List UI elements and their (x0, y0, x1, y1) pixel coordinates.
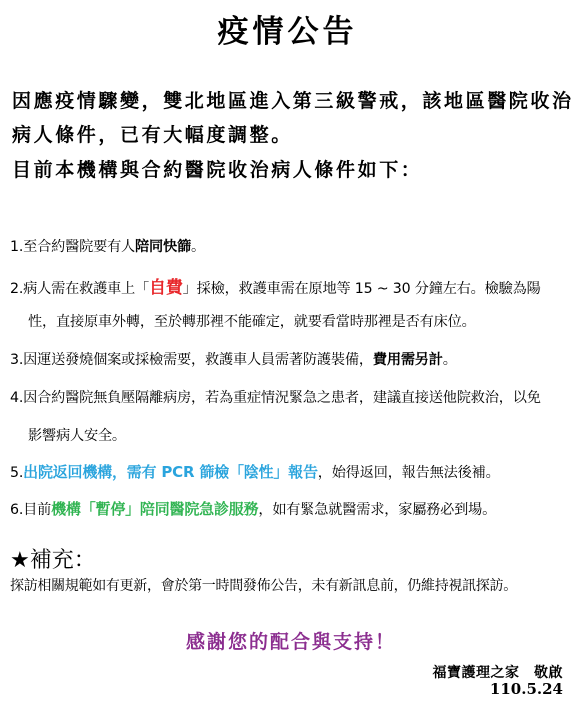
item-number: 5. (10, 465, 23, 481)
item-text: ，始得返回，報告無法後補。 (318, 465, 500, 481)
page-title: 疫情公告 (0, 6, 575, 51)
star-icon: ★ (10, 548, 30, 573)
item-text: 病人需在救護車上「 (23, 281, 149, 297)
list-item-3: 3.因運送發燒個案或採檢需要，救護車人員需著防護裝備，費用需另計。 (10, 349, 457, 369)
list-item-4-continued: 影響病人安全。 (28, 425, 126, 445)
notice-date: 110.5.24 (490, 680, 563, 698)
item-number: 1. (10, 239, 23, 255)
item-number: 3. (10, 352, 23, 368)
item-number: 4. (10, 390, 23, 406)
signature: 福寶護理之家 敬啟 (433, 662, 564, 682)
list-item-2: 2.病人需在救護車上「自費」採檢，救護車需在原地等 15 ~ 30 分鐘左右。檢… (10, 273, 541, 298)
item-emphasis: 費用需另計 (373, 352, 443, 368)
item-number: 2. (10, 281, 23, 297)
item-number: 6. (10, 502, 23, 518)
item-text: 。 (443, 352, 457, 368)
intro-line-2: 病人條件，已有大幅度調整。 (12, 120, 293, 147)
item-text: 」採檢，救護車需在原地等 15 ~ 30 分鐘左右。檢驗為陽 (183, 281, 541, 297)
highlight-service-suspended: 機構「暫停」陪同醫院急診服務 (51, 500, 258, 518)
list-item-1: 1.至合約醫院要有人陪同快篩。 (10, 236, 205, 256)
item-text: ，如有緊急就醫需求，家屬務必到場。 (258, 502, 496, 518)
item-text: 。 (191, 239, 205, 255)
supplement-heading: ★補充： (10, 543, 96, 574)
supplement-title: 補充： (30, 548, 96, 573)
highlight-pcr-negative: 出院返回機構，需有 PCR 篩檢「陰性」報告 (23, 463, 318, 481)
item-emphasis: 陪同快篩 (135, 239, 191, 255)
item-text: 因運送發燒個案或採檢需要，救護車人員需著防護裝備， (23, 352, 373, 368)
thanks-message: 感謝您的配合與支持！ (186, 627, 396, 654)
item-text: 因合約醫院無負壓隔離病房，若為重症情況緊急之患者，建議直接送他院救治，以免 (23, 390, 541, 406)
intro-line-3: 目前本機構與合約醫院收治病人條件如下： (12, 155, 422, 182)
list-item-5: 5.出院返回機構，需有 PCR 篩檢「陰性」報告，始得返回，報告無法後補。 (10, 461, 500, 482)
highlight-self-pay: 自費 (149, 278, 183, 298)
item-text: 目前 (23, 502, 51, 518)
list-item-2-continued: 性，直接原車外轉，至於轉那裡不能確定，就要看當時那裡是否有床位。 (28, 311, 476, 331)
item-text: 至合約醫院要有人 (23, 239, 135, 255)
list-item-6: 6.目前機構「暫停」陪同醫院急診服務，如有緊急就醫需求，家屬務必到場。 (10, 498, 496, 519)
list-item-4: 4.因合約醫院無負壓隔離病房，若為重症情況緊急之患者，建議直接送他院救治，以免 (10, 387, 541, 407)
intro-line-1: 因應疫情驟變，雙北地區進入第三級警戒，該地區醫院收治 (12, 86, 574, 113)
supplement-text: 探訪相關規範如有更新，會於第一時間發佈公告，未有新訊息前，仍維持視訊探訪。 (10, 575, 517, 595)
